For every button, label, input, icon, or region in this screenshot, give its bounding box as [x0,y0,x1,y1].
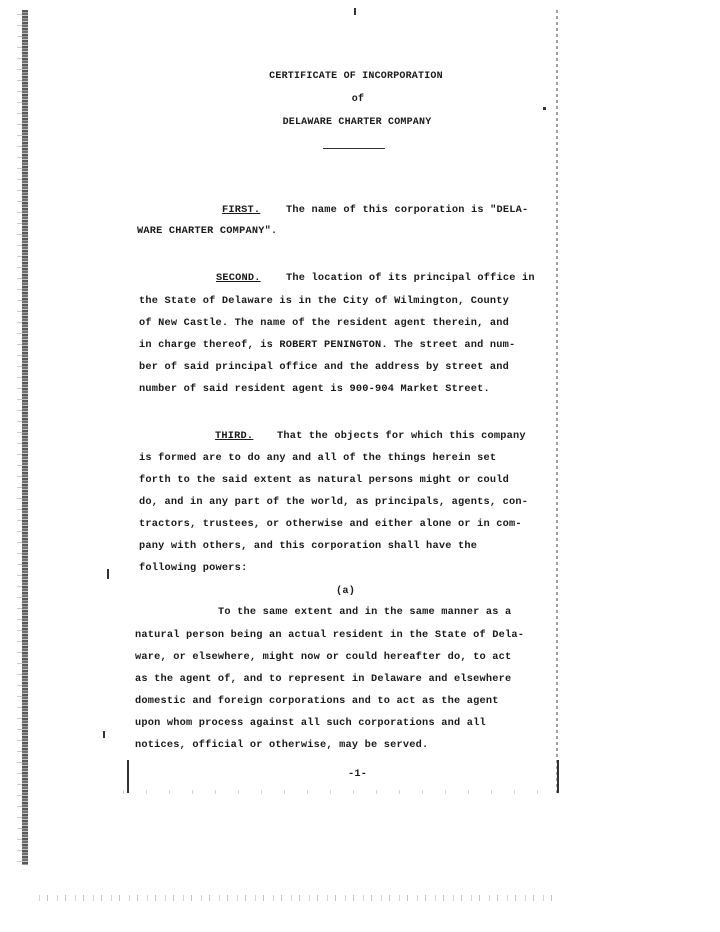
section-third-line-2: is formed are to do any and all of the t… [139,452,496,464]
subsection-a-line-6: upon whom process against all such corpo… [135,717,486,729]
subsection-a-line-1: To the same extent and in the same manne… [218,606,511,618]
section-third-line-6: pany with others, and this corporation s… [139,540,477,552]
section-second-line-4: in charge thereof, is ROBERT PENINGTON. … [139,339,515,351]
section-third-line-3: forth to the said extent as natural pers… [139,474,509,486]
document-title-of: of [0,94,718,105]
section-third-heading: THIRD. [215,430,253,442]
subsection-a-line-3: ware, or elsewhere, might now or could h… [135,651,511,663]
section-second-line-6: number of said resident agent is 900-904… [139,383,490,395]
section-third-line-1: That the objects for which this company [277,430,526,442]
section-second-line-5: ber of said principal office and the add… [139,361,509,373]
certificate-document: CERTIFICATE OF INCORPORATION of DELAWARE… [0,0,720,932]
section-first-heading: FIRST. [222,204,260,216]
subsection-a-line-4: as the agent of, and to represent in Del… [135,673,511,685]
title-divider [323,148,385,149]
page-number: -1- [348,768,367,780]
document-title: CERTIFICATE OF INCORPORATION [0,71,716,82]
section-second-line-2: the State of Delaware is in the City of … [139,295,509,307]
heading-first: FIRST. [222,204,260,216]
subsection-a-line-5: domestic and foreign corporations and to… [135,695,499,707]
subsection-a-label: (a) [336,585,355,597]
subsection-a-line-7: notices, official or otherwise, may be s… [135,739,428,751]
section-third-line-5: tractors, trustees, or otherwise and eit… [139,518,522,530]
section-first-line-2: WARE CHARTER COMPANY". [137,225,277,237]
section-second-line-1: The location of its principal office in [286,272,535,284]
document-company-name: DELAWARE CHARTER COMPANY [0,117,717,128]
section-first-line-1: The name of this corporation is "DELA- [286,204,528,216]
section-third-line-4: do, and in any part of the world, as pri… [139,496,528,508]
section-second-line-3: of New Castle. The name of the resident … [139,317,509,329]
heading-third: THIRD. [215,430,253,442]
section-third-line-7: following powers: [139,562,247,574]
subsection-a-line-2: natural person being an actual resident … [135,629,524,641]
section-second-heading: SECOND. [216,272,261,284]
heading-second: SECOND. [216,272,261,284]
